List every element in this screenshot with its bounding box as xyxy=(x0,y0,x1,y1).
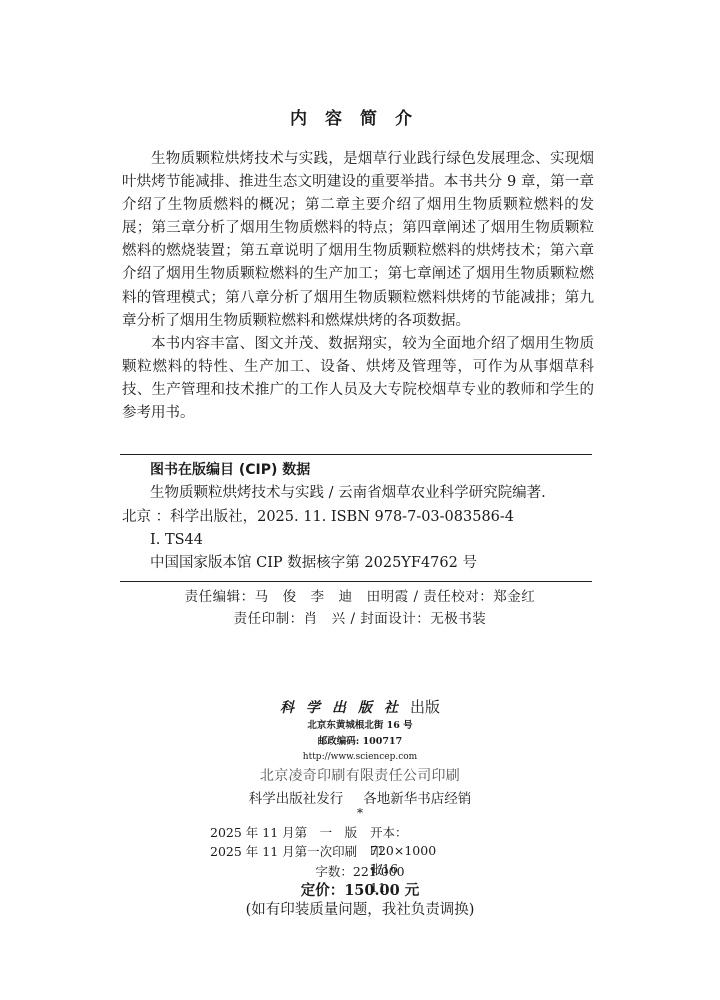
print-date: 2025 年 11 月第一次印刷 xyxy=(210,844,357,859)
distributor: 科学出版社发行 xyxy=(249,791,344,807)
publisher-website: http://www.sciencep.com xyxy=(0,750,720,765)
cip-classification: Ⅰ. TS44 xyxy=(122,529,594,552)
printer: 北京凌奇印刷有限责任公司印刷 xyxy=(0,765,720,785)
publisher-address: 北京东黄城根北街 16 号 xyxy=(0,718,720,733)
credits-production: 责任印制：肖 兴 / 封面设计：无极书装 xyxy=(0,608,720,630)
publisher-postcode: 邮政编码: 100717 xyxy=(0,734,720,749)
price: 定价：150.00 元 xyxy=(0,879,720,900)
credits-editors: 责任编辑：马 俊 李 迪 田明霞 / 责任校对：郑金红 xyxy=(0,586,720,608)
cip-publisher-line: 北京 ：科学出版社，2025. 11. ISBN 978-7-03-083586… xyxy=(122,506,594,529)
cip-heading: 图书在版编目 (CIP) 数据 xyxy=(122,459,594,482)
abstract-body: 生物质颗粒烘烤技术与实践，是烟草行业践行绿色发展理念、实现烟叶烘烤节能减排、推进… xyxy=(122,148,594,425)
cip-title-line: 生物质颗粒烘烤技术与实践 / 云南省烟草农业科学研究院编著. xyxy=(122,482,594,505)
abstract-paragraph: 生物质颗粒烘烤技术与实践，是烟草行业践行绿色发展理念、实现烟叶烘烤节能减排、推进… xyxy=(122,148,594,333)
edition-date: 2025 年 11 月第 一 版 xyxy=(210,825,357,840)
cip-record-number: 中国国家版本馆 CIP 数据核字第 2025YF4762 号 xyxy=(122,552,594,575)
distribution-line: 科学出版社发行各地新华书店经销 xyxy=(0,787,720,807)
divider-bottom xyxy=(120,581,592,582)
seller: 各地新华书店经销 xyxy=(363,791,471,807)
divider-top xyxy=(120,454,592,455)
separator-asterisk: * xyxy=(0,806,720,820)
publisher-logo: 科学出版社 xyxy=(280,700,410,716)
publisher-line: 科学出版社出版 xyxy=(0,696,720,717)
quality-notice: (如有印装质量问题，我社负责调换) xyxy=(0,898,720,919)
abstract-paragraph: 本书内容丰富、图文并茂、数据翔实，较为全面地介绍了烟用生物质颗粒燃料的特性、生产… xyxy=(122,333,594,425)
cip-block: 图书在版编目 (CIP) 数据 生物质颗粒烘烤技术与实践 / 云南省烟草农业科学… xyxy=(122,459,594,575)
edition-row: 2025 年 11 月第 一 版 开本：720×1000 1/16 xyxy=(210,824,357,842)
abstract-heading: 内容简介 xyxy=(0,104,720,129)
word-count: 字数：221 000 xyxy=(0,862,720,880)
print-row: 2025 年 11 月第一次印刷 印张：11 xyxy=(210,843,357,861)
publisher-suffix: 出版 xyxy=(410,698,440,716)
credits-block: 责任编辑：马 俊 李 迪 田明霞 / 责任校对：郑金红 责任印制：肖 兴 / 封… xyxy=(0,586,720,630)
